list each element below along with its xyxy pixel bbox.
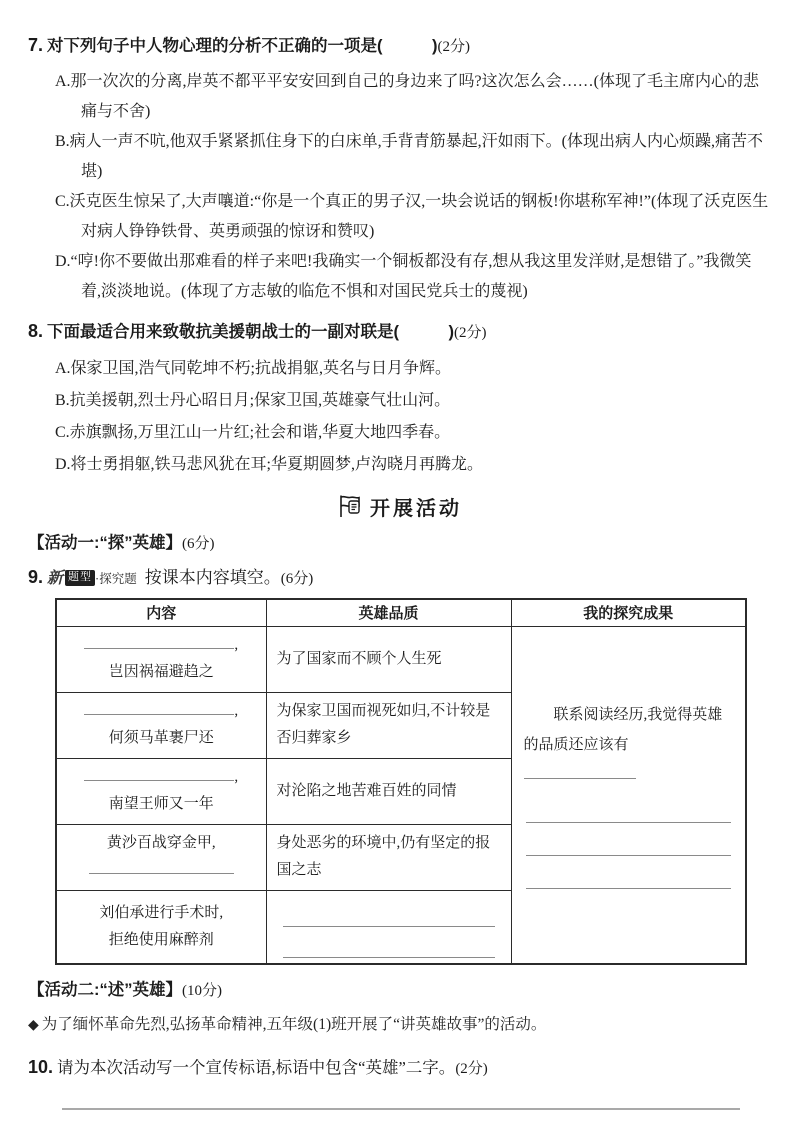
question-stem-text: 下面最适合用来致敬抗美援朝战士的一副对联是( ): [47, 323, 454, 341]
question-7-options: A.那一次次的分离,岸英不都平平安安回到自己的身边来了吗?这次怎么会……(体现了…: [55, 67, 771, 307]
question-9: 9. 新 题型 ·探究题 按课本内容填空。 (6分): [28, 564, 771, 592]
question-type-badge: 题型: [65, 570, 95, 586]
option-c: C.沃克医生惊呆了,大声嚷道:“你是一个真正的男子汉,一块会说话的钢板!你堪称军…: [55, 187, 771, 247]
question-7-stem: 7.对下列句子中人物心理的分析不正确的一项是( )(2分): [28, 34, 771, 58]
question-number: 10.: [28, 1057, 53, 1077]
fill-blank-line: [526, 823, 732, 856]
fill-blank-line: [84, 768, 234, 781]
poem-line: 南望王师又一年: [65, 791, 258, 818]
quality-cell: 为了国家而不顾个人生死: [266, 626, 511, 692]
activity-label: 【活动一:“探”英雄】: [28, 534, 182, 552]
fill-blank-line: [524, 766, 636, 779]
worksheet-page: 7.对下列句子中人物心理的分析不正确的一项是( )(2分) A.那一次次的分离,…: [0, 0, 793, 1122]
question-10-text: 请为本次活动写一个宣传标语,标语中包含“英雄”二字。: [57, 1058, 455, 1077]
activity-one-heading: 【活动一:“探”英雄】(6分): [28, 530, 771, 557]
explore-badge-label: ·探究题: [95, 566, 137, 592]
quality-cell: 对沦陷之地苦难百姓的同情: [266, 758, 511, 824]
question-score: (2分): [438, 39, 471, 55]
event-line: 拒绝使用麻醉剂: [65, 927, 258, 954]
fill-blank-line: [283, 927, 495, 958]
fill-blank-line: [84, 702, 234, 715]
event-line: 刘伯承进行手术时,: [65, 900, 258, 927]
comma: ,: [234, 637, 238, 653]
activity-score: (6分): [182, 536, 215, 552]
question-number: 9.: [28, 564, 43, 590]
question-7: 7.对下列句子中人物心理的分析不正确的一项是( )(2分) A.那一次次的分离,…: [28, 34, 771, 307]
explore-table: 内容 英雄品质 我的探究成果 , 岂因祸福避趋之 为了国家而不顾个人生死 联系阅…: [55, 598, 747, 965]
answer-line: [62, 1108, 740, 1110]
content-cell: , 何须马革裹尸还: [56, 692, 266, 758]
option-b: B.病人一声不吭,他双手紧紧抓住身下的白床单,手背青筋暴起,汗如雨下。(体现出病…: [55, 127, 771, 187]
note-text: 为了缅怀革命先烈,弘扬革命精神,五年级(1)班开展了“讲英雄故事”的活动。: [42, 1016, 547, 1033]
result-text: 联系阅读经历,我觉得英雄的品质还应该有: [524, 707, 723, 753]
quality-cell: [266, 890, 511, 964]
poem-line: 何须马革裹尸还: [65, 725, 258, 752]
activity-label: 【活动二:“述”英雄】: [28, 981, 182, 999]
question-8: 8.下面最适合用来致敬抗美援朝战士的一副对联是( )(2分) A.保家卫国,浩气…: [28, 320, 771, 481]
poem-line: 岂因祸福避趋之: [65, 659, 258, 686]
option-c: C.赤旗飘扬,万里江山一片红;社会和谐,华夏大地四季春。: [55, 417, 771, 449]
fill-blank-line: [89, 861, 234, 874]
content-cell: 黄沙百战穿金甲,: [56, 824, 266, 890]
comma: ,: [234, 703, 238, 719]
fill-blank-line: [84, 636, 234, 649]
header-quality: 英雄品质: [266, 599, 511, 626]
question-stem-text: 对下列句子中人物心理的分析不正确的一项是( ): [47, 37, 438, 55]
poem-line: 黄沙百战穿金甲,: [65, 830, 258, 857]
content-cell: 刘伯承进行手术时, 拒绝使用麻醉剂: [56, 890, 266, 964]
activity-score: (10分): [182, 983, 222, 999]
question-8-stem: 8.下面最适合用来致敬抗美援朝战士的一副对联是( )(2分): [28, 320, 771, 344]
new-badge-label: 新: [47, 566, 63, 592]
comma: ,: [234, 769, 238, 785]
fill-blank-line: [526, 856, 732, 889]
fill-blank-line: [526, 790, 732, 823]
header-result: 我的探究成果: [511, 599, 746, 626]
option-a: A.那一次次的分离,岸英不都平平安安回到自己的身边来了吗?这次怎么会……(体现了…: [55, 67, 771, 127]
question-number: 7.: [28, 35, 43, 55]
diamond-bullet-icon: ◆: [28, 1018, 39, 1033]
table-header-row: 内容 英雄品质 我的探究成果: [56, 599, 746, 626]
section-header: 开展活动: [28, 490, 771, 522]
question-score: (2分): [455, 1061, 488, 1077]
result-paragraph: 联系阅读经历,我觉得英雄的品质还应该有: [524, 700, 734, 790]
fill-blank-line: [283, 896, 495, 927]
option-b: B.抗美援朝,烈士丹心昭日月;保家卫国,英雄豪气壮山河。: [55, 385, 771, 417]
flag-document-icon: [337, 494, 363, 518]
result-cell: 联系阅读经历,我觉得英雄的品质还应该有: [511, 626, 746, 964]
question-9-text: 按课本内容填空。: [145, 565, 281, 591]
question-score: (6分): [281, 566, 314, 592]
question-number: 8.: [28, 321, 43, 341]
content-cell: , 南望王师又一年: [56, 758, 266, 824]
question-8-options: A.保家卫国,浩气同乾坤不朽;抗战捐躯,英名与日月争辉。 B.抗美援朝,烈士丹心…: [55, 353, 771, 481]
section-title: 开展活动: [370, 492, 462, 521]
table-row: , 岂因祸福避趋之 为了国家而不顾个人生死 联系阅读经历,我觉得英雄的品质还应该…: [56, 626, 746, 692]
question-10: 10.请为本次活动写一个宣传标语,标语中包含“英雄”二字。(2分): [28, 1055, 771, 1081]
activity-note: ◆为了缅怀革命先烈,弘扬革命精神,五年级(1)班开展了“讲英雄故事”的活动。: [28, 1013, 771, 1038]
header-content: 内容: [56, 599, 266, 626]
activity-two-heading: 【活动二:“述”英雄】(10分): [28, 977, 771, 1004]
option-a: A.保家卫国,浩气同乾坤不朽;抗战捐躯,英名与日月争辉。: [55, 353, 771, 385]
question-score: (2分): [454, 325, 487, 341]
content-cell: , 岂因祸福避趋之: [56, 626, 266, 692]
option-d: D.“哼!你不要做出那难看的样子来吧!我确实一个铜板都没有存,想从我这里发洋财,…: [55, 247, 771, 307]
option-d: D.将士勇捐躯,铁马悲风犹在耳;华夏期圆梦,卢沟晓月再腾龙。: [55, 449, 771, 481]
quality-cell: 为保家卫国而视死如归,不计较是否归葬家乡: [266, 692, 511, 758]
quality-cell: 身处恶劣的环境中,仍有坚定的报国之志: [266, 824, 511, 890]
